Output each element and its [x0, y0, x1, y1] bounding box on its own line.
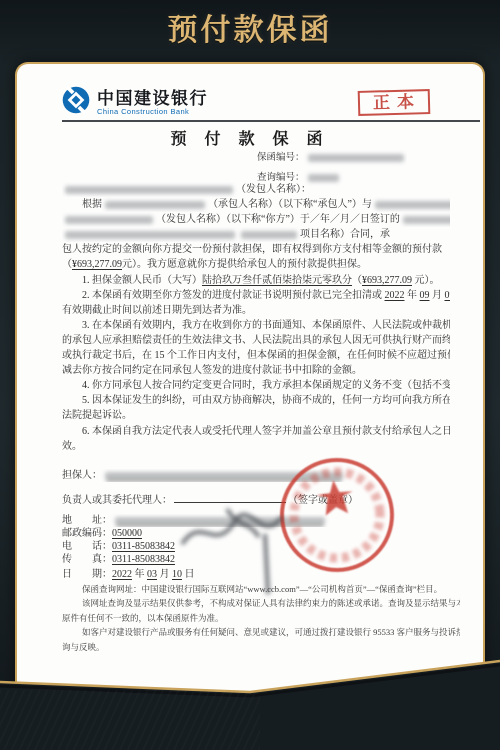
bottom-stripes	[0, 690, 260, 750]
page-background: 预付款保函 中国建设银行 China Construction Bank	[0, 0, 500, 750]
text-segment: 项目名称）合同，承	[300, 229, 390, 240]
text-segment: 根据	[82, 199, 102, 210]
text-segment: 050000	[112, 528, 142, 539]
text-segment: 或执行裁定书后，在 15 个工作日内支付，但本保函的担保金额，在任何时候不应超过…	[62, 350, 450, 361]
original-stamp: 正本	[358, 89, 431, 116]
text-segment: （	[352, 275, 362, 286]
text-segment: 2022	[385, 290, 405, 301]
text-segment: 电 话：	[62, 541, 112, 552]
text-line: 3. 在本保函有效期内，我方在收到你方的书面通知、本保函原件、人民法院或仲裁机构…	[62, 318, 450, 333]
redacted-text	[241, 231, 297, 239]
text-segment: 邮政编码：	[62, 528, 112, 539]
text-segment: 2. 本保函有效期至你方签发的进度付款证书说明预付款已完全扣清或	[82, 290, 385, 301]
text-segment: 地 址：	[62, 515, 112, 526]
text-segment: （发包人名称）：	[236, 184, 311, 195]
text-line: 担保人：	[62, 469, 450, 482]
text-segment: 09	[420, 290, 430, 301]
footer-notes: 保函查询网址：中国建设银行国际互联网站“www.ccb.com”—“公司机构首页…	[62, 582, 460, 654]
text-segment: 月	[430, 290, 445, 301]
text-line: 保函查询网址：中国建设银行国际互联网站“www.ccb.com”—“公司机构首页…	[62, 582, 460, 596]
document-title: 预 付 款 保 函	[17, 126, 483, 149]
redacted-text	[65, 216, 153, 224]
text-line: 电 话：0311-85083842	[62, 540, 450, 553]
text-segment: 4. 你方同承包人按合同约定变更合同时，我方承担本保函规定的义务不变（包括不变更…	[82, 380, 450, 391]
text-line: （发包人名称）：	[62, 182, 450, 197]
text-line: 1. 担保金额人民币（大写）陆拾玖万叁仟贰佰柒拾柒元零玖分（¥693,277.0…	[62, 273, 450, 288]
redacted-text	[65, 231, 235, 239]
document-paper: 中国建设银行 China Construction Bank 正本 预 付 款 …	[15, 62, 485, 694]
text-segment: ¥693,277.09	[72, 259, 122, 270]
text-segment: 如客户对建设银行产品或服务有任何疑问、意见或建议，可通过拨打建设银行 95533…	[82, 627, 460, 637]
text-line: 的承包人应承担赔偿责任的生效法律文书、人民法院出具的承包人因无可供执行财产而终结…	[62, 333, 450, 348]
text-line: 如客户对建设银行产品或服务有任何疑问、意见或建议，可通过拨打建设银行 95533…	[62, 625, 460, 639]
text-segment: 09	[445, 290, 451, 301]
text-segment: 2022	[112, 569, 132, 580]
redacted-text	[308, 174, 339, 182]
text-line: 法院提起诉讼。	[62, 408, 450, 423]
text-segment: 6. 本保函自我方法定代表人或受托代理人签字并加盖公章且预付款支付给承包人之日起…	[82, 426, 450, 437]
text-segment: 1. 担保金额人民币（大写）	[82, 275, 202, 286]
text-line: 传 真：0311-85083842	[62, 553, 450, 566]
text-segment: 年	[132, 569, 147, 580]
guarantor-fields: 担保人：负责人或其委托代理人：（签字或盖章）地 址：邮政编码：050000电 话…	[62, 469, 450, 581]
text-line: 项目名称）合同，承	[62, 227, 450, 242]
text-segment: 日 期：	[62, 569, 112, 580]
text-segment: 法院提起诉讼。	[62, 410, 132, 421]
text-line: 根据（承包人名称）（以下称“承包人”）与	[62, 197, 450, 212]
text-segment: 10	[172, 569, 182, 580]
banner-title: 预付款保函	[0, 5, 500, 49]
text-line: 2. 本保函有效期至你方签发的进度付款证书说明预付款已完全扣清或 2022 年 …	[62, 288, 450, 303]
text-line: 该网址查询及显示结果仅供参考，不构成对保证人具有法律约束力的陈述或承诺。查询及显…	[62, 596, 460, 610]
text-segment: 减去你方按合同约定在同承包人签发的进度付款证书中扣除的金额。	[62, 365, 362, 376]
text-segment: 0311-85083842	[112, 541, 175, 552]
text-line: 包人按约定的金额向你方提交一份预付款担保，即有权得到你方支付相等金额的预付款	[62, 242, 450, 257]
text-segment: 保函编号：	[257, 153, 305, 163]
redacted-text	[115, 517, 325, 525]
redacted-text	[308, 154, 404, 162]
redacted-text	[105, 472, 343, 480]
text-segment: 年	[405, 290, 420, 301]
text-line: 有效期截止时间以前述日期先到达者为准。	[62, 303, 450, 318]
text-segment: 元）。我方愿意就你方提供给承包人的预付款提供担保。	[122, 259, 367, 270]
ccb-logo-icon	[62, 86, 90, 119]
text-segment: 元）。	[412, 275, 440, 286]
text-segment: 包人按约定的金额向你方提交一份预付款担保，即有权得到你方支付相等金额的预付款	[62, 244, 442, 255]
text-segment: 陆拾玖万叁仟贰佰柒拾柒元零玖分	[202, 275, 352, 286]
text-line: 5. 因本保证发生的纠纷，可由双方协商解决，协商不成的，任何一方均可向我方所在地…	[62, 393, 450, 408]
text-line: （¥693,277.09元）。我方愿意就你方提供给承包人的预付款提供担保。	[62, 257, 450, 272]
text-segment: 的承包人应承担赔偿责任的生效法律文书、人民法院出具的承包人因无可供执行财产而终结…	[62, 335, 450, 346]
text-segment: 原件有任何不一致的，以本保函原件为准。	[62, 613, 224, 623]
text-line: 6. 本保函自我方法定代表人或受托代理人签字并加盖公章且预付款支付给承包人之日起…	[62, 424, 450, 439]
redacted-text	[105, 201, 205, 209]
body-text: （发包人名称）：根据（承包人名称）（以下称“承包人”）与（发包人名称）（以下称“…	[62, 182, 450, 454]
text-segment: 5. 因本保证发生的纠纷，可由双方协商解决，协商不成的，任何一方均可向我方所在地…	[82, 395, 450, 406]
redacted-text	[403, 216, 450, 224]
text-segment: 保函查询网址：中国建设银行国际互联网站“www.ccb.com”—“公司机构首页…	[82, 584, 442, 594]
text-line: 地 址：	[62, 514, 450, 527]
bank-header: 中国建设银行 China Construction Bank	[62, 86, 208, 119]
text-line: 或执行裁定书后，在 15 个工作日内支付，但本保函的担保金额，在任何时候不应超过…	[62, 348, 450, 363]
text-segment: （承包人名称）（以下称“承包人”）与	[208, 199, 372, 210]
text-segment: 该网址查询及显示结果仅供参考，不构成对保证人具有法律约束力的陈述或承诺。查询及显…	[82, 598, 460, 608]
text-line: 邮政编码：050000	[62, 527, 450, 540]
text-segment: 效。	[62, 441, 82, 452]
text-segment: （	[62, 259, 72, 270]
text-line: 4. 你方同承包人按合同约定变更合同时，我方承担本保函规定的义务不变（包括不变更…	[62, 378, 450, 393]
text-line: 负责人或其委托代理人：（签字或盖章）	[62, 492, 450, 507]
text-segment: 0311-85083842	[112, 554, 175, 565]
text-segment: （签字或盖章）	[288, 495, 358, 506]
redacted-text	[375, 201, 450, 209]
text-segment: （发包人名称）（以下称“你方”）于／年／月／日签订的	[156, 214, 400, 225]
text-line: （发包人名称）（以下称“你方”）于／年／月／日签订的	[62, 212, 450, 227]
text-segment: 负责人或其委托代理人：	[62, 495, 172, 506]
text-segment: 日	[182, 569, 195, 580]
text-segment: ¥693,277.09	[362, 275, 412, 286]
redacted-text	[65, 186, 233, 194]
text-segment: 有效期截止时间以前述日期先到达者为准。	[62, 305, 252, 316]
text-segment: 担保人：	[62, 470, 102, 481]
text-line: 效。	[62, 439, 450, 454]
text-line: 日 期：2022 年 03 月 10 日	[62, 568, 450, 581]
text-segment: 03	[147, 569, 157, 580]
header-rule	[62, 120, 480, 122]
text-segment: 3. 在本保函有效期内，我方在收到你方的书面通知、本保函原件、人民法院或仲裁机构…	[82, 320, 450, 331]
signature-blank	[174, 492, 286, 503]
text-line: 原件有任何不一致的，以本保函原件为准。	[62, 611, 460, 625]
text-line: 减去你方按合同约定在同承包人签发的进度付款证书中扣除的金额。	[62, 363, 450, 378]
bank-name-cn: 中国建设银行	[97, 90, 208, 108]
bank-name-en: China Construction Bank	[97, 108, 208, 116]
text-segment: 月	[157, 569, 172, 580]
text-line: 保函编号：	[257, 148, 407, 168]
text-segment: 传 真：	[62, 554, 112, 565]
